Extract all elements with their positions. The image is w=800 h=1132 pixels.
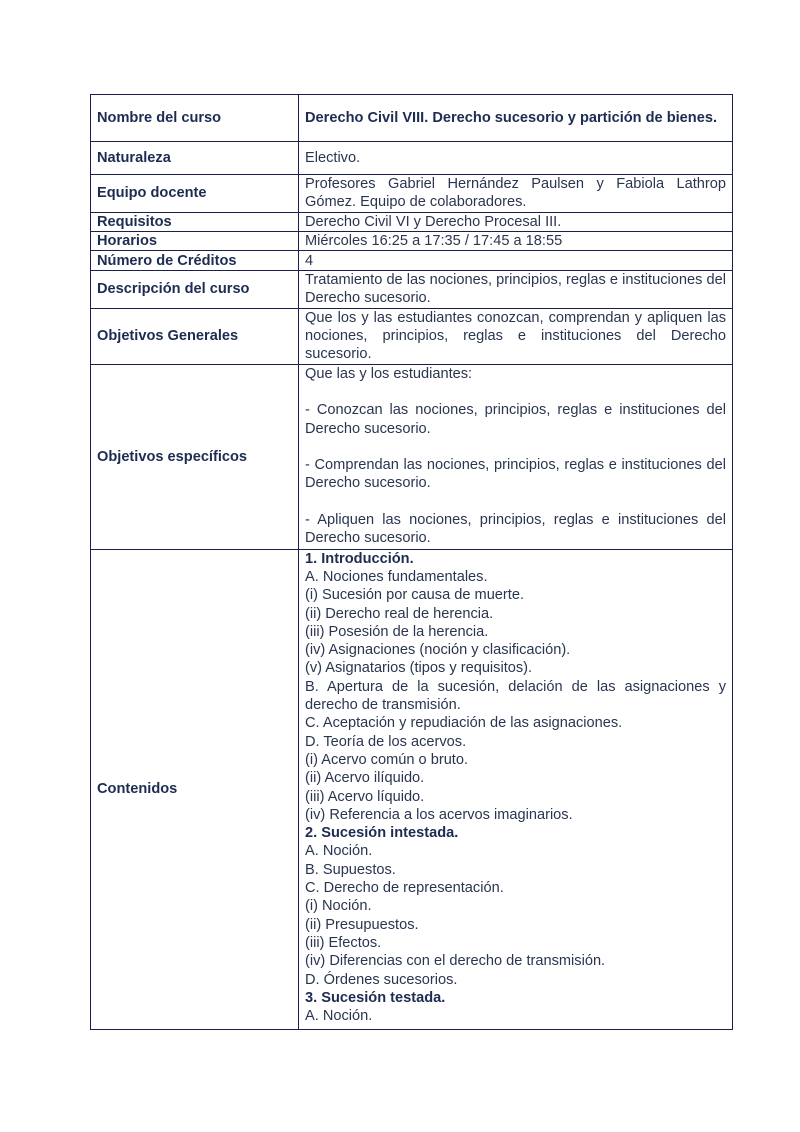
row-schedule: Horarios Miércoles 16:25 a 17:35 / 17:45… [91,231,733,250]
contents-item: (ii) Presupuestos. [305,916,726,934]
label-requirements: Requisitos [91,212,299,231]
value-specific-objectives: Que las y los estudiantes: - Conozcan la… [299,364,733,549]
label-contents: Contenidos [91,549,299,1029]
specific-objective-item: - Conozcan las nociones, principios, reg… [305,401,726,438]
contents-section-heading: 2. Sucesión intestada. [305,824,726,842]
specific-objectives-intro: Que las y los estudiantes: [305,365,726,383]
contents-item: (iv) Referencia a los acervos imaginario… [305,806,726,824]
row-nature: Naturaleza Electivo. [91,142,733,175]
label-general-objectives: Objetivos Generales [91,308,299,364]
specific-objective-item: - Comprendan las nociones, principios, r… [305,456,726,493]
contents-item: (ii) Acervo ilíquido. [305,769,726,787]
contents-item: D. Órdenes sucesorios. [305,971,726,989]
value-credits: 4 [299,251,733,271]
value-teaching-team: Profesores Gabriel Hernández Paulsen y F… [299,175,733,213]
contents-item: C. Aceptación y repudiación de las asign… [305,714,726,732]
label-teaching-team: Equipo docente [91,175,299,213]
label-course-name: Nombre del curso [91,95,299,142]
label-specific-objectives: Objetivos específicos [91,364,299,549]
value-requirements: Derecho Civil VI y Derecho Procesal III. [299,212,733,231]
contents-item: A. Noción. [305,842,726,860]
contents-item: (i) Sucesión por causa de muerte. [305,586,726,604]
contents-item: (v) Asignatarios (tipos y requisitos). [305,659,726,677]
value-nature: Electivo. [299,142,733,175]
contents-section-heading: 3. Sucesión testada. [305,989,726,1007]
contents-item: B. Supuestos. [305,861,726,879]
contents-item: B. Apertura de la sucesión, delación de … [305,678,726,715]
row-credits: Número de Créditos 4 [91,251,733,271]
contents-item: (iii) Posesión de la herencia. [305,623,726,641]
row-description: Descripción del curso Tratamiento de las… [91,271,733,309]
value-schedule: Miércoles 16:25 a 17:35 / 17:45 a 18:55 [299,231,733,250]
contents-item: (i) Acervo común o bruto. [305,751,726,769]
contents-item: (iv) Diferencias con el derecho de trans… [305,952,726,970]
row-general-objectives: Objetivos Generales Que los y las estudi… [91,308,733,364]
row-contents: Contenidos 1. Introducción.A. Nociones f… [91,549,733,1029]
label-schedule: Horarios [91,231,299,250]
contents-item: (iv) Asignaciones (noción y clasificació… [305,641,726,659]
specific-objective-item: - Apliquen las nociones, principios, reg… [305,511,726,548]
contents-item: (i) Noción. [305,897,726,915]
contents-item: (iii) Acervo líquido. [305,788,726,806]
contents-item: A. Nociones fundamentales. [305,568,726,586]
row-specific-objectives: Objetivos específicos Que las y los estu… [91,364,733,549]
value-general-objectives: Que los y las estudiantes conozcan, comp… [299,308,733,364]
row-teaching-team: Equipo docente Profesores Gabriel Hernán… [91,175,733,213]
contents-item: C. Derecho de representación. [305,879,726,897]
value-contents: 1. Introducción.A. Nociones fundamentale… [299,549,733,1029]
label-credits: Número de Créditos [91,251,299,271]
row-course-name: Nombre del curso Derecho Civil VIII. Der… [91,95,733,142]
contents-section-heading: 1. Introducción. [305,550,726,568]
value-course-name: Derecho Civil VIII. Derecho sucesorio y … [299,95,733,142]
contents-item: A. Noción. [305,1007,726,1025]
value-description: Tratamiento de las nociones, principios,… [299,271,733,309]
row-requirements: Requisitos Derecho Civil VI y Derecho Pr… [91,212,733,231]
contents-item: (ii) Derecho real de herencia. [305,605,726,623]
course-info-table: Nombre del curso Derecho Civil VIII. Der… [90,94,733,1030]
contents-item: (iii) Efectos. [305,934,726,952]
label-description: Descripción del curso [91,271,299,309]
contents-item: D. Teoría de los acervos. [305,733,726,751]
document-page: Nombre del curso Derecho Civil VIII. Der… [0,0,800,1132]
label-nature: Naturaleza [91,142,299,175]
